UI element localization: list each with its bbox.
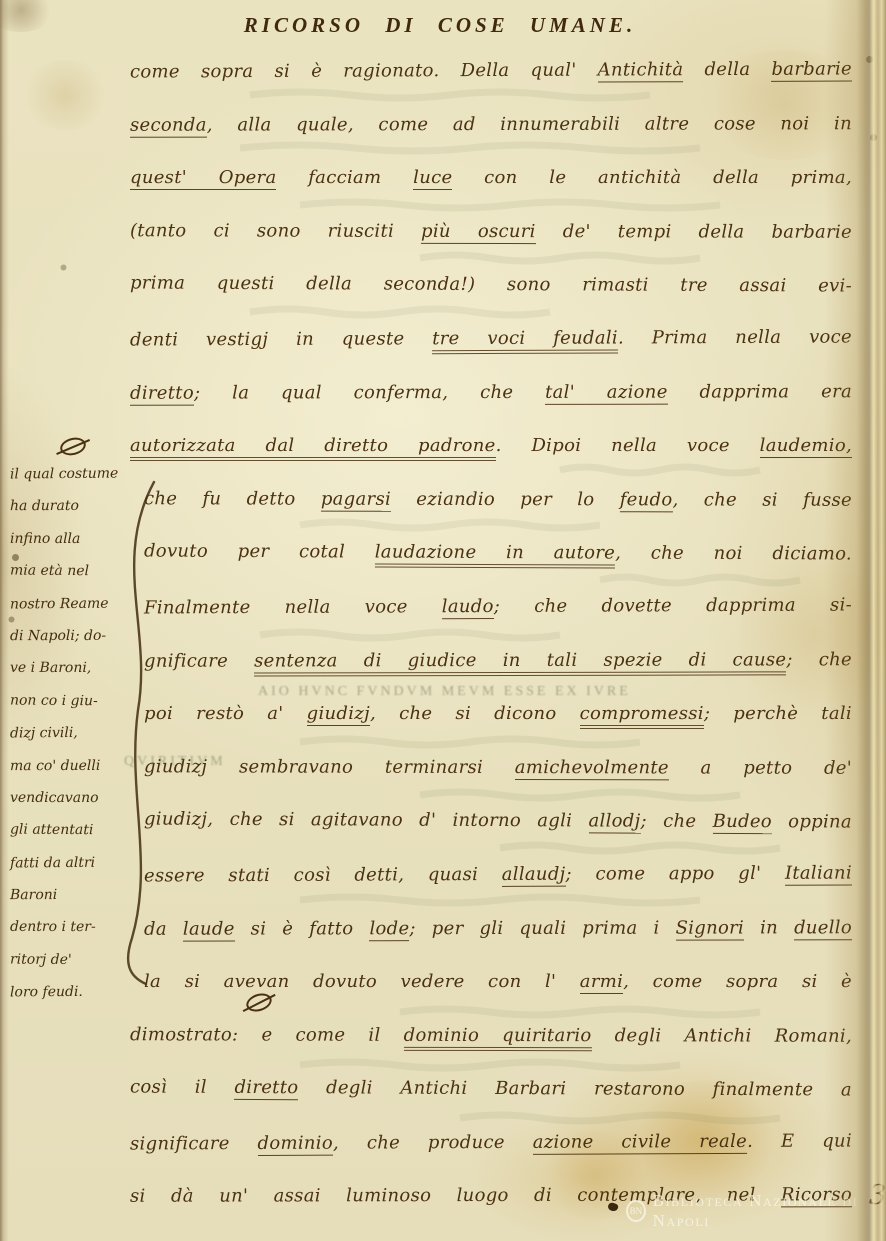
text-segment: de' tempi della barbarie xyxy=(536,221,852,243)
margin-line: Baroni xyxy=(10,879,126,912)
margin-line: dentro i ter- xyxy=(10,911,126,944)
text-segment: , alla quale, come ad innumerabili altre… xyxy=(207,113,852,135)
text-line: la si avevan dovuto vedere con l' armi, … xyxy=(130,955,852,1009)
text-line: (tanto ci sono riusciti più oscuri de' t… xyxy=(130,204,852,259)
margin-line: non co i giu- xyxy=(10,684,126,717)
text-segment: gnificare xyxy=(144,650,254,671)
underlined-word: allodj xyxy=(588,811,640,834)
text-line: giudizj sembravano terminarsi amichevolm… xyxy=(130,740,852,795)
text-segment: , che produce xyxy=(333,1132,533,1154)
underlined-word: compromessi xyxy=(580,703,704,729)
text-segment: così il xyxy=(130,1077,235,1098)
underlined-word: feudo xyxy=(620,489,673,512)
underlined-word: dominio quiritario xyxy=(404,1025,592,1051)
text-line: dovuto per cotal laudazione in autore, c… xyxy=(130,525,852,582)
page-title: RICORSO DI COSE UMANE. xyxy=(120,13,760,38)
text-segment: Finalmente nella voce xyxy=(144,596,442,618)
underlined-word: laudazione in autore xyxy=(375,542,615,569)
insertion-mark-icon xyxy=(58,435,87,458)
text-segment: si è fatto xyxy=(235,918,370,939)
text-segment: degli Antichi Barbari restarono finalmen… xyxy=(298,1077,852,1100)
underlined-word: giudizj xyxy=(307,703,370,726)
text-segment: da xyxy=(144,918,183,939)
text-segment: (tanto ci sono riusciti xyxy=(130,220,421,242)
text-line: essere stati così detti, quasi allaudj; … xyxy=(130,846,852,903)
underlined-word: laude xyxy=(183,918,235,941)
text-segment: essere stati così detti, quasi xyxy=(144,864,502,886)
underlined-word: quest' Opera xyxy=(130,167,276,190)
text-segment: facciam xyxy=(276,167,413,188)
text-segment: ; la qual conferma, che xyxy=(194,381,545,403)
text-segment: che fu detto xyxy=(144,488,321,509)
text-segment: , che si dicono xyxy=(370,703,580,724)
margin-line: ritorj de' xyxy=(10,943,126,976)
margin-line: fatti da altri xyxy=(10,846,126,879)
underlined-word: luce xyxy=(413,167,452,190)
margin-line: infino alla xyxy=(10,523,126,556)
main-text: come sopra si è ragionato. Della qual' A… xyxy=(130,44,852,1223)
text-segment: la si avevan dovuto vedere con l' xyxy=(144,971,580,992)
text-segment: , come sopra si è xyxy=(623,971,852,992)
text-segment: . Dipoi nella voce xyxy=(496,435,760,456)
underlined-word: diretto xyxy=(130,382,194,405)
underlined-word: tre voci feudali xyxy=(432,327,618,354)
text-line: poi restò a' giudizj, che si dicono comp… xyxy=(130,687,852,741)
underlined-word: amichevolmente xyxy=(515,757,669,780)
text-segment: . Prima nella voce xyxy=(618,326,852,348)
library-logo-icon: BN xyxy=(626,1200,646,1222)
text-line: autorizzata dal diretto padrone. Dipoi n… xyxy=(130,419,852,473)
text-segment: giudizj sembravano terminarsi xyxy=(144,756,515,778)
text-line: gnificare sentenza di giudice in tali sp… xyxy=(130,633,852,688)
text-segment: ; che xyxy=(640,811,712,832)
underlined-word: lode xyxy=(369,918,409,941)
underlined-word: sentenza di giudice in tali spezie di ca… xyxy=(254,649,786,676)
margin-line: il qual costume xyxy=(10,458,126,491)
text-segment: ; per gli quali prima i xyxy=(409,917,675,939)
underlined-word: dominio xyxy=(257,1133,333,1156)
text-line: che fu detto pagarsi eziandio per lo feu… xyxy=(130,472,852,527)
text-line: significare dominio, che produce azione … xyxy=(130,1114,852,1171)
paper-stain xyxy=(20,60,110,130)
underlined-word: più oscuri xyxy=(421,221,536,244)
underlined-word: Budeo xyxy=(713,811,772,834)
margin-line: di Napoli; do- xyxy=(10,620,126,653)
text-line: quest' Opera facciam luce con le antichi… xyxy=(130,151,852,205)
paper-edge xyxy=(0,0,9,1241)
text-segment: con le antichità della prima, xyxy=(452,167,852,188)
margin-line: mia età nel xyxy=(10,555,126,588)
margin-note: il qual costumeha duratoinfino allamia e… xyxy=(10,458,126,1009)
text-segment: poi restò a' xyxy=(144,703,307,724)
underlined-word: diretto xyxy=(234,1077,298,1100)
text-line: prima questi della seconda!) sono rimast… xyxy=(130,257,852,314)
text-segment: dimostrato: e come il xyxy=(130,1024,404,1046)
manuscript-page: AIO HVNC FVNDVM MEVM ESSE EX IVRE QVIRIT… xyxy=(0,0,886,1241)
margin-line: nostro Reame xyxy=(10,587,126,620)
text-line: dimostrato: e come il dominio quiritario… xyxy=(130,1008,852,1063)
text-line: diretto; la qual conferma, che tal' azio… xyxy=(130,365,852,420)
text-line: denti vestigj in queste tre voci feudali… xyxy=(130,310,852,367)
underlined-word: seconda xyxy=(130,114,207,137)
text-segment: denti vestigj in queste xyxy=(130,328,432,350)
text-segment: eziandio per lo xyxy=(391,489,620,510)
underlined-word: azione civile reale xyxy=(533,1131,748,1155)
text-line: come sopra si è ragionato. Della qual' A… xyxy=(130,42,852,99)
text-line: seconda, alla quale, come ad innumerabil… xyxy=(130,97,852,152)
text-segment: dovuto per cotal xyxy=(144,541,375,563)
text-segment: ; che dovette dapprima si- xyxy=(494,594,852,617)
text-segment: in xyxy=(744,917,794,938)
text-segment: ; come appo gl' xyxy=(565,863,784,885)
text-segment: giudizj, che si agitavano d' intorno agl… xyxy=(144,809,589,832)
ink-specks xyxy=(0,0,3,3)
text-line: Finalmente nella voce laudo; che dovette… xyxy=(130,578,852,635)
underlined-word: armi xyxy=(580,971,623,994)
margin-line: vendicavano xyxy=(10,782,126,815)
margin-line: gli attentati xyxy=(10,814,126,847)
underlined-word: allaudj xyxy=(502,864,566,887)
text-segment: della xyxy=(683,59,771,80)
underlined-word: Signori xyxy=(676,917,745,940)
underlined-word: tal' azione xyxy=(545,381,668,404)
text-segment: come sopra si è ragionato. Della qual' xyxy=(130,60,598,83)
text-line: giudizj, che si agitavano d' intorno agl… xyxy=(130,793,852,850)
underlined-word: autorizzata dal diretto padrone xyxy=(130,435,496,461)
text-segment: degli Antichi Romani, xyxy=(592,1025,852,1047)
underlined-word: pagarsi xyxy=(321,488,391,511)
underlined-word: laudo xyxy=(442,596,494,619)
underlined-word: Antichità xyxy=(598,59,684,82)
gutter-shadow xyxy=(824,0,886,1241)
margin-line: loro feudi. xyxy=(10,976,126,1009)
margin-line: ve i Baroni, xyxy=(10,652,126,685)
margin-line: ha durato xyxy=(10,490,126,523)
text-segment: significare xyxy=(130,1133,258,1155)
text-segment: prima questi della seconda!) sono rimast… xyxy=(130,273,852,297)
text-line: così il diretto degli Antichi Barbari re… xyxy=(130,1061,852,1118)
margin-line: ma co' duelli xyxy=(10,749,126,782)
margin-line: dizj civili, xyxy=(10,717,126,750)
text-line: da laude si è fatto lode; per gli quali … xyxy=(130,901,852,956)
text-segment: , che noi diciamo. xyxy=(615,543,852,565)
